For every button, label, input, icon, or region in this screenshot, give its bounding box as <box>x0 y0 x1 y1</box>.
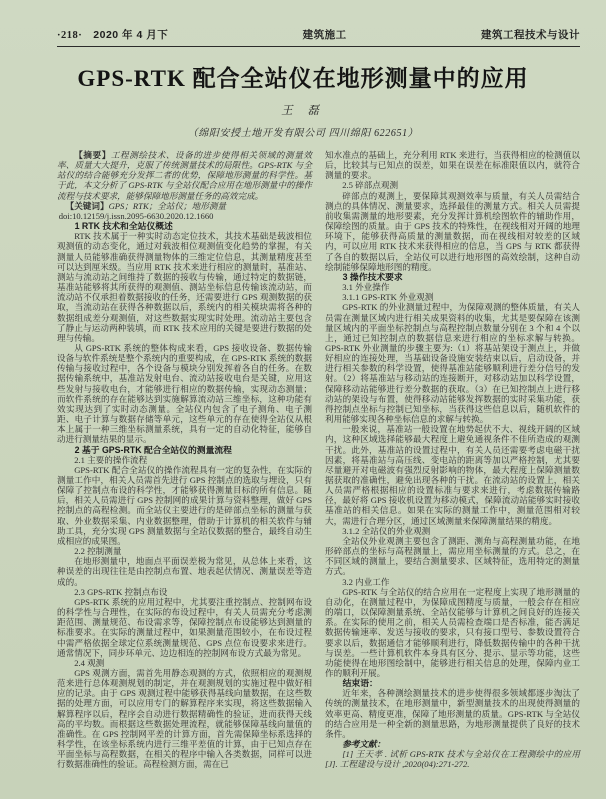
section-heading-1: 1 RTK 技术和全站仪概述 <box>57 221 312 231</box>
journal-section: 建筑工程技术与设计 <box>481 27 580 42</box>
section-heading-2: 2 基于 GPS-RTK 配合全站仪的测量流程 <box>57 445 312 455</box>
journal-name: 建筑施工 <box>303 27 347 42</box>
paragraph: 全站仪外业观测主要包含了测距、测角与高程测量功能，在地形碎部点的坐标与高程测量上… <box>325 536 580 577</box>
subsection-heading-3-1-1: 3.1.1 GPS-RTK 外业观测 <box>325 292 580 302</box>
subsection-heading-3-1-2: 3.1.2 全站仪的外业观测 <box>325 526 580 536</box>
conclusion-heading: 结束语： <box>325 678 580 688</box>
author-affiliation: （绵阳安授土地开发有限公司 四川绵阳 622651） <box>0 124 606 139</box>
keywords: 【关键词】GPS；RTK；全站仪；地形测量 <box>57 201 312 211</box>
subsection-heading-2-2: 2.2 控制测量 <box>57 546 312 556</box>
issue-date: 2020 年 4 月下 <box>93 27 168 42</box>
paragraph: GPS-RTK 配合全站仪的操作流程具有一定的复杂性，在实际的测量工作中，相关人… <box>57 465 312 546</box>
scanned-paper-page: ·218· 2020 年 4 月下 建筑施工 建筑工程技术与设计 GPS-RTK… <box>0 0 606 799</box>
paragraph: GPS-RTK 系统的应用过程中，尤其要注重控制点、控制网布设的科学性与合理性，… <box>57 597 312 658</box>
paragraph: GPS 观测方面，需首先用静态观测的方式，依照相应的观测规范来进行总体观测规划的… <box>57 668 312 770</box>
paragraph: RTK 技术属于一种实时动态定位技术，其技术基础是载波相位观测值的动态变化，通过… <box>57 231 312 343</box>
article-title: GPS-RTK 配合全站仪在地形测量中的应用 <box>0 60 606 93</box>
paragraph: 在地形测量中，地面点平面误差极为常见，从总体上来看，这种误差的出现往往是由控制点… <box>57 556 312 586</box>
header-left: ·218· 2020 年 4 月下 <box>57 27 168 42</box>
abstract-label: 【摘要】 <box>74 150 111 160</box>
paragraph: GPS-RTK 与全站仪的结合应用在一定程度上实现了地形测量的自动化，在测量过程… <box>325 587 580 678</box>
keywords-text: GPS；RTK；全站仪；地形测量 <box>109 201 226 211</box>
right-column: 知水准点的基础上，充分利用 RTK 来进行，当获得相应的检测值以后，比较其与已知… <box>325 150 580 770</box>
subsection-heading-2-1: 2.1 主要的操作流程 <box>57 455 312 465</box>
section-heading-3: 3 操作技术要求 <box>325 272 580 282</box>
keywords-label: 【关键词】 <box>66 201 109 211</box>
subsection-heading-3-2: 3.2 内业工作 <box>325 577 580 587</box>
subsection-heading-3-1: 3.1 外业操作 <box>325 282 580 292</box>
subsection-heading-2-3: 2.3 GPS-RTK 控制点布设 <box>57 587 312 597</box>
conclusion-paragraph: 近年来，各种测绘测量技术的进步使得很多领域都逐步淘汰了传统的测量技术，在地形测量… <box>325 688 580 739</box>
page-number: ·218· <box>57 30 82 41</box>
reference-item: [1] 王天孝 . 试析 GPS-RTK 技术与全站仪在工程测绘中的应用 [J]… <box>325 749 580 769</box>
doi: doi:10.12159/j.issn.2095-6630.2020.12.16… <box>57 211 312 221</box>
journal-header: ·218· 2020 年 4 月下 建筑施工 建筑工程技术与设计 <box>57 27 580 47</box>
paragraph: 碎部点的观测上，要保障其观测效率与质量，有关人员需结合测点的具体情况、测量要求，… <box>325 191 580 272</box>
abstract: 【摘要】工程测绘技术、设备的进步使得相关领域的测量效率、质量大大提升，克服了传统… <box>57 150 312 201</box>
subsection-heading-2-4: 2.4 观测 <box>57 658 312 668</box>
paragraph: 从 GPS-RTK 系统的整体构成来看，GPS 接收设备、数据传输设备与软件系统… <box>57 343 312 445</box>
paragraph: GPS-RTK 的外业测量过程中，为保障观测的整体质量，有关人员需在测量区域内进… <box>325 302 580 424</box>
references-heading: 参考文献： <box>325 739 580 749</box>
paragraph-continuation: 知水准点的基础上，充分利用 RTK 来进行，当获得相应的检测值以后，比较其与已知… <box>325 150 580 180</box>
paragraph: 一般来说，基准站一般设置在地势起伏不大、视线开阔的区域内，这种区域选择能够最大程… <box>325 424 580 526</box>
subsection-heading-2-5: 2.5 碎部点观测 <box>325 180 580 190</box>
author-name: 王 磊 <box>0 102 606 118</box>
left-column: 【摘要】工程测绘技术、设备的进步使得相关领域的测量效率、质量大大提升，克服了传统… <box>57 150 312 770</box>
article-body: 【摘要】工程测绘技术、设备的进步使得相关领域的测量效率、质量大大提升，克服了传统… <box>57 150 580 770</box>
